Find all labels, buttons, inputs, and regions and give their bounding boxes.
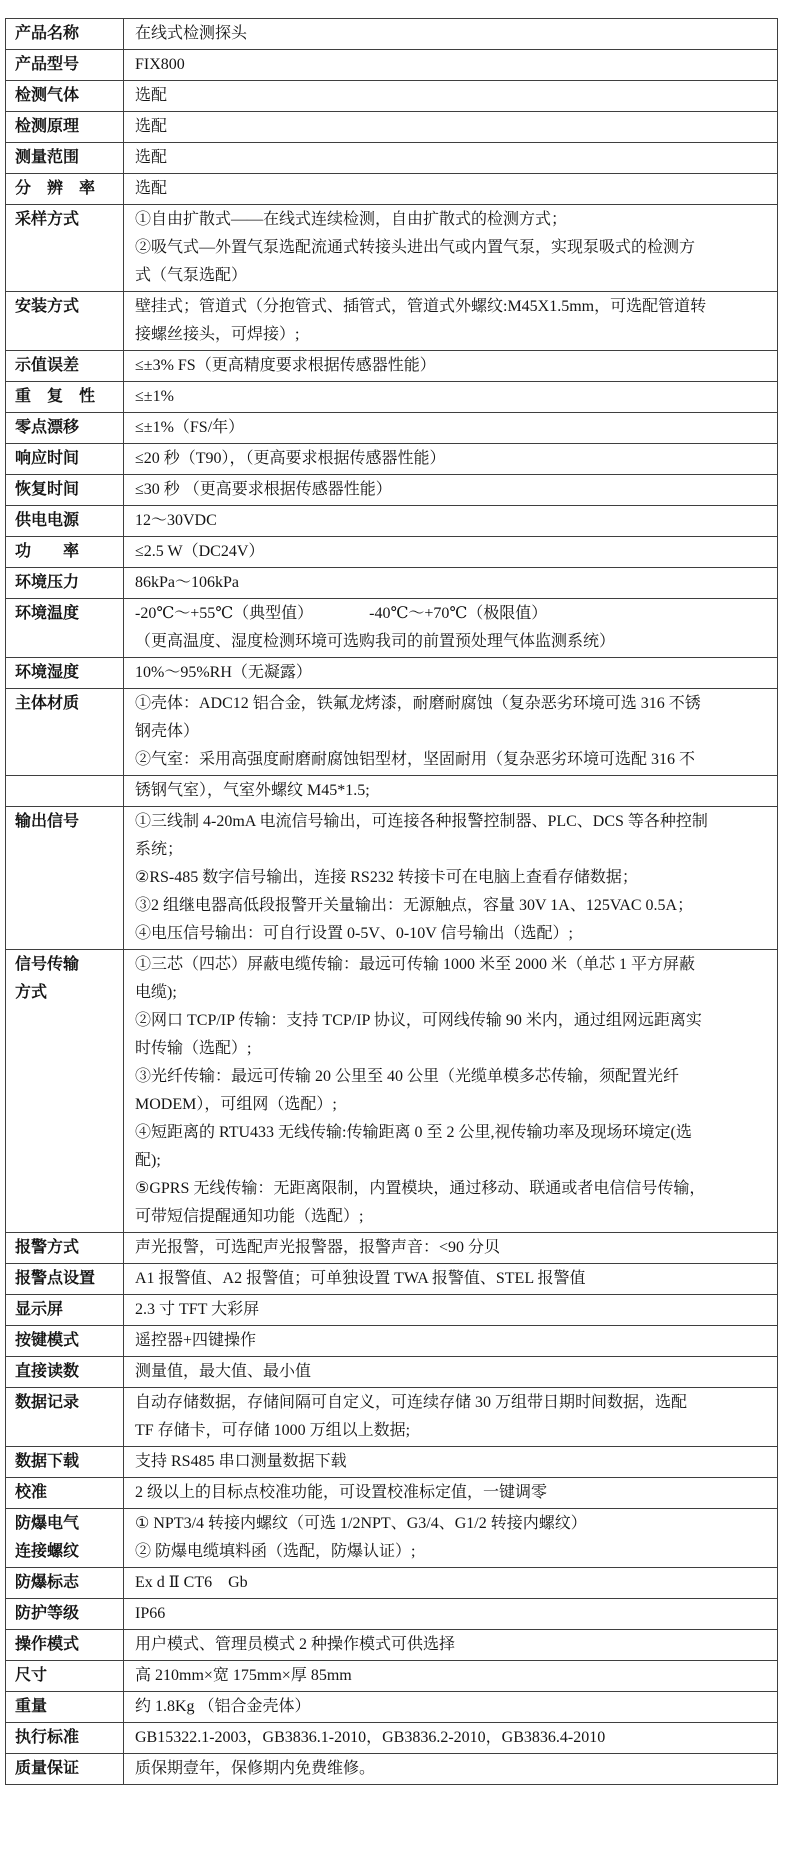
- spec-label-line: 操作模式: [15, 1631, 117, 1659]
- spec-label-line: 功 率: [15, 538, 117, 566]
- spec-label-line: 主体材质: [15, 690, 117, 718]
- spec-value-cell: -20℃～+55℃（典型值） -40℃～+70℃（极限值）（更高温度、湿度检测环…: [124, 599, 778, 658]
- spec-label-line: 恢复时间: [15, 476, 117, 504]
- spec-value-line: 式（气泵选配）: [135, 262, 771, 290]
- spec-label-line: 防爆电气: [15, 1510, 117, 1538]
- spec-value-line: ② 防爆电缆填料函（选配，防爆认证）;: [135, 1538, 771, 1566]
- spec-label-cell: 恢复时间: [6, 475, 124, 506]
- spec-value-line: 选配: [135, 82, 771, 110]
- spec-value-cell: 选配: [124, 143, 778, 174]
- spec-row: 校准2 级以上的目标点校准功能，可设置校准标定值，一键调零: [6, 1478, 778, 1509]
- spec-value-line: FIX800: [135, 51, 771, 79]
- spec-value-line: ②网口 TCP/IP 传输：支持 TCP/IP 协议，可网线传输 90 米内，通…: [135, 1007, 771, 1035]
- spec-value-cell: FIX800: [124, 50, 778, 81]
- spec-value-cell: 2 级以上的目标点校准功能，可设置校准标定值，一键调零: [124, 1478, 778, 1509]
- spec-value-line: 锈钢气室），气室外螺纹 M45*1.5;: [135, 777, 771, 805]
- spec-label-cell: 产品名称: [6, 19, 124, 50]
- spec-value-line: 选配: [135, 113, 771, 141]
- spec-value-line: Ex d Ⅱ CT6 Gb: [135, 1569, 771, 1597]
- spec-value-cell: ①自由扩散式——在线式连续检测，自由扩散式的检测方式；②吸气式—外置气泵选配流通…: [124, 205, 778, 292]
- spec-value-line: ①壳体：ADC12 铝合金，铁氟龙烤漆，耐磨耐腐蚀（复杂恶劣环境可选 316 不…: [135, 690, 771, 718]
- spec-label-line: 方式: [15, 979, 117, 1007]
- spec-value-line: ④短距离的 RTU433 无线传输:传输距离 0 至 2 公里,视传输功率及现场…: [135, 1119, 771, 1147]
- spec-value-line: ③光纤传输：最远可传输 20 公里至 40 公里（光缆单模多芯传输，须配置光纤: [135, 1063, 771, 1091]
- spec-value-cell: ① NPT3/4 转接内螺纹（可选 1/2NPT、G3/4、G1/2 转接内螺纹…: [124, 1509, 778, 1568]
- spec-row: 锈钢气室），气室外螺纹 M45*1.5;: [6, 776, 778, 807]
- spec-label-cell: 安装方式: [6, 292, 124, 351]
- spec-row: 环境压力86kPa～106kPa: [6, 568, 778, 599]
- spec-value-cell: 2.3 寸 TFT 大彩屏: [124, 1295, 778, 1326]
- spec-value-line: 钢壳体）: [135, 718, 771, 746]
- spec-row: 供电电源12～30VDC: [6, 506, 778, 537]
- spec-label-cell: 检测原理: [6, 112, 124, 143]
- spec-label-cell: 供电电源: [6, 506, 124, 537]
- spec-value-line: ≤20 秒（T90），（更高要求根据传感器性能）: [135, 445, 771, 473]
- spec-row: 示值误差≤±3% FS（更高精度要求根据传感器性能）: [6, 351, 778, 382]
- spec-label-cell: 校准: [6, 1478, 124, 1509]
- spec-value-cell: ≤±3% FS（更高精度要求根据传感器性能）: [124, 351, 778, 382]
- spec-label-cell: 信号传输方式: [6, 950, 124, 1233]
- spec-row: 产品型号FIX800: [6, 50, 778, 81]
- spec-value-line: 壁挂式；管道式（分抱管式、插管式，管道式外螺纹:M45X1.5mm，可选配管道转: [135, 293, 771, 321]
- spec-sheet-page: 产品名称在线式检测探头产品型号FIX800检测气体选配检测原理选配测量范围选配分…: [0, 0, 790, 1850]
- spec-row: 响应时间≤20 秒（T90），（更高要求根据传感器性能）: [6, 444, 778, 475]
- spec-value-line: -20℃～+55℃（典型值） -40℃～+70℃（极限值）: [135, 600, 771, 628]
- spec-value-cell: ≤±1%（FS/年）: [124, 413, 778, 444]
- spec-value-cell: 支持 RS485 串口测量数据下载: [124, 1447, 778, 1478]
- spec-value-cell: ①三芯（四芯）屏蔽电缆传输：最远可传输 1000 米至 2000 米（单芯 1 …: [124, 950, 778, 1233]
- spec-value-line: ① NPT3/4 转接内螺纹（可选 1/2NPT、G3/4、G1/2 转接内螺纹…: [135, 1510, 771, 1538]
- spec-label-line: 分 辨 率: [15, 175, 117, 203]
- spec-value-line: 86kPa～106kPa: [135, 569, 771, 597]
- spec-value-line: 系统；: [135, 836, 771, 864]
- spec-row: 零点漂移≤±1%（FS/年）: [6, 413, 778, 444]
- spec-row: 防护等级IP66: [6, 1599, 778, 1630]
- spec-value-line: 选配: [135, 175, 771, 203]
- spec-label-line: 产品型号: [15, 51, 117, 79]
- spec-row: 主体材质①壳体：ADC12 铝合金，铁氟龙烤漆，耐磨耐腐蚀（复杂恶劣环境可选 3…: [6, 689, 778, 776]
- spec-value-line: 测量值，最大值、最小值: [135, 1358, 771, 1386]
- spec-value-line: （更高温度、湿度检测环境可选购我司的前置预处理气体监测系统）: [135, 628, 771, 656]
- spec-value-line: 用户模式、管理员模式 2 种操作模式可供选择: [135, 1631, 771, 1659]
- spec-label-line: 执行标准: [15, 1724, 117, 1752]
- spec-row: 重量约 1.8Kg （铝合金壳体）: [6, 1692, 778, 1723]
- spec-value-cell: 选配: [124, 174, 778, 205]
- spec-value-line: 质保期壹年，保修期内免费维修。: [135, 1755, 771, 1783]
- spec-label-line: 数据记录: [15, 1389, 117, 1417]
- spec-row: 防爆标志Ex d Ⅱ CT6 Gb: [6, 1568, 778, 1599]
- spec-label-line: 零点漂移: [15, 414, 117, 442]
- spec-value-line: 2 级以上的目标点校准功能，可设置校准标定值，一键调零: [135, 1479, 771, 1507]
- spec-row: 按键模式遥控器+四键操作: [6, 1326, 778, 1357]
- spec-value-line: 约 1.8Kg （铝合金壳体）: [135, 1693, 771, 1721]
- spec-value-line: IP66: [135, 1600, 771, 1628]
- spec-label-line: 防护等级: [15, 1600, 117, 1628]
- spec-label-cell: [6, 776, 124, 807]
- spec-label-line: 检测气体: [15, 82, 117, 110]
- spec-label-line: 报警点设置: [15, 1265, 117, 1293]
- spec-label-line: 信号传输: [15, 951, 117, 979]
- spec-label-line: 示值误差: [15, 352, 117, 380]
- spec-row: 环境湿度10%～95%RH（无凝露）: [6, 658, 778, 689]
- spec-label-cell: 分 辨 率: [6, 174, 124, 205]
- spec-label-cell: 响应时间: [6, 444, 124, 475]
- spec-label-line: 安装方式: [15, 293, 117, 321]
- spec-value-line: ⑤GPRS 无线传输：无距离限制，内置模块，通过移动、联通或者电信信号传输，: [135, 1175, 771, 1203]
- spec-row: 测量范围选配: [6, 143, 778, 174]
- spec-row: 直接读数测量值，最大值、最小值: [6, 1357, 778, 1388]
- spec-value-line: ≤2.5 W（DC24V）: [135, 538, 771, 566]
- spec-value-line: 12～30VDC: [135, 507, 771, 535]
- spec-value-cell: ≤2.5 W（DC24V）: [124, 537, 778, 568]
- spec-label-cell: 重 复 性: [6, 382, 124, 413]
- spec-row: 安装方式壁挂式；管道式（分抱管式、插管式，管道式外螺纹:M45X1.5mm，可选…: [6, 292, 778, 351]
- spec-value-cell: 自动存储数据，存储间隔可自定义，可连续存储 30 万组带日期时间数据，选配TF …: [124, 1388, 778, 1447]
- spec-label-line: 防爆标志: [15, 1569, 117, 1597]
- spec-row: 采样方式①自由扩散式——在线式连续检测，自由扩散式的检测方式；②吸气式—外置气泵…: [6, 205, 778, 292]
- spec-label-cell: 零点漂移: [6, 413, 124, 444]
- spec-label-line: 质量保证: [15, 1755, 117, 1783]
- spec-value-line: ≤±3% FS（更高精度要求根据传感器性能）: [135, 352, 771, 380]
- spec-row: 检测气体选配: [6, 81, 778, 112]
- spec-label-cell: 执行标准: [6, 1723, 124, 1754]
- spec-row: 防爆电气连接螺纹① NPT3/4 转接内螺纹（可选 1/2NPT、G3/4、G1…: [6, 1509, 778, 1568]
- spec-label-line: 直接读数: [15, 1358, 117, 1386]
- spec-value-cell: Ex d Ⅱ CT6 Gb: [124, 1568, 778, 1599]
- spec-value-line: ④电压信号输出：可自行设置 0-5V、0-10V 信号输出（选配）;: [135, 920, 771, 948]
- spec-label-line: 环境温度: [15, 600, 117, 628]
- spec-value-line: ②RS-485 数字信号输出，连接 RS232 转接卡可在电脑上查看存储数据；: [135, 864, 771, 892]
- spec-label-cell: 示值误差: [6, 351, 124, 382]
- spec-value-cell: 用户模式、管理员模式 2 种操作模式可供选择: [124, 1630, 778, 1661]
- spec-value-line: ≤±1%: [135, 383, 771, 411]
- spec-row: 执行标准GB15322.1-2003，GB3836.1-2010，GB3836.…: [6, 1723, 778, 1754]
- spec-label-line: 报警方式: [15, 1234, 117, 1262]
- spec-value-line: 电缆);: [135, 979, 771, 1007]
- spec-label-cell: 直接读数: [6, 1357, 124, 1388]
- spec-table: 产品名称在线式检测探头产品型号FIX800检测气体选配检测原理选配测量范围选配分…: [5, 18, 778, 1785]
- spec-row: 报警点设置A1 报警值、A2 报警值；可单独设置 TWA 报警值、STEL 报警…: [6, 1264, 778, 1295]
- spec-row: 产品名称在线式检测探头: [6, 19, 778, 50]
- spec-row: 检测原理选配: [6, 112, 778, 143]
- spec-label-cell: 防爆电气连接螺纹: [6, 1509, 124, 1568]
- spec-value-line: ≤±1%（FS/年）: [135, 414, 771, 442]
- spec-label-cell: 按键模式: [6, 1326, 124, 1357]
- spec-row: 操作模式用户模式、管理员模式 2 种操作模式可供选择: [6, 1630, 778, 1661]
- spec-value-line: ②吸气式—外置气泵选配流通式转接头进出气或内置气泵，实现泵吸式的检测方: [135, 234, 771, 262]
- spec-value-line: 接螺丝接头，可焊接）;: [135, 321, 771, 349]
- spec-value-line: ①三线制 4-20mA 电流信号输出，可连接各种报警控制器、PLC、DCS 等各…: [135, 808, 771, 836]
- spec-value-line: 2.3 寸 TFT 大彩屏: [135, 1296, 771, 1324]
- spec-label-cell: 显示屏: [6, 1295, 124, 1326]
- spec-label-line: 环境湿度: [15, 659, 117, 687]
- spec-label-line: 检测原理: [15, 113, 117, 141]
- spec-value-line: A1 报警值、A2 报警值；可单独设置 TWA 报警值、STEL 报警值: [135, 1265, 771, 1293]
- spec-value-cell: 声光报警，可选配声光报警器，报警声音：<90 分贝: [124, 1233, 778, 1264]
- spec-value-cell: 质保期壹年，保修期内免费维修。: [124, 1754, 778, 1785]
- spec-value-line: 在线式检测探头: [135, 20, 771, 48]
- spec-label-cell: 防爆标志: [6, 1568, 124, 1599]
- spec-label-cell: 重量: [6, 1692, 124, 1723]
- spec-value-line: ①自由扩散式——在线式连续检测，自由扩散式的检测方式；: [135, 206, 771, 234]
- spec-row: 显示屏2.3 寸 TFT 大彩屏: [6, 1295, 778, 1326]
- spec-label-cell: 主体材质: [6, 689, 124, 776]
- spec-label-line: 供电电源: [15, 507, 117, 535]
- spec-label-cell: 数据下载: [6, 1447, 124, 1478]
- spec-label-cell: 测量范围: [6, 143, 124, 174]
- spec-value-line: ≤30 秒 （更高要求根据传感器性能）: [135, 476, 771, 504]
- spec-row: 数据下载支持 RS485 串口测量数据下载: [6, 1447, 778, 1478]
- spec-value-line: TF 存储卡，可存储 1000 万组以上数据;: [135, 1417, 771, 1445]
- spec-value-cell: 锈钢气室），气室外螺纹 M45*1.5;: [124, 776, 778, 807]
- spec-value-line: 配);: [135, 1147, 771, 1175]
- spec-label-cell: 报警方式: [6, 1233, 124, 1264]
- spec-value-cell: 10%～95%RH（无凝露）: [124, 658, 778, 689]
- spec-value-line: 10%～95%RH（无凝露）: [135, 659, 771, 687]
- spec-label-cell: 环境温度: [6, 599, 124, 658]
- spec-value-line: 高 210mm×宽 175mm×厚 85mm: [135, 1662, 771, 1690]
- spec-row: 功 率≤2.5 W（DC24V）: [6, 537, 778, 568]
- spec-value-cell: 约 1.8Kg （铝合金壳体）: [124, 1692, 778, 1723]
- spec-value-cell: 选配: [124, 112, 778, 143]
- spec-value-line: 声光报警，可选配声光报警器，报警声音：<90 分贝: [135, 1234, 771, 1262]
- spec-value-cell: ≤30 秒 （更高要求根据传感器性能）: [124, 475, 778, 506]
- spec-row: 尺寸高 210mm×宽 175mm×厚 85mm: [6, 1661, 778, 1692]
- spec-row: 质量保证质保期壹年，保修期内免费维修。: [6, 1754, 778, 1785]
- spec-label-cell: 检测气体: [6, 81, 124, 112]
- spec-label-line: 数据下载: [15, 1448, 117, 1476]
- spec-table-body: 产品名称在线式检测探头产品型号FIX800检测气体选配检测原理选配测量范围选配分…: [6, 19, 778, 1785]
- spec-value-line: MODEM），可组网（选配）;: [135, 1091, 771, 1119]
- spec-label-cell: 质量保证: [6, 1754, 124, 1785]
- spec-value-cell: 遥控器+四键操作: [124, 1326, 778, 1357]
- spec-value-cell: A1 报警值、A2 报警值；可单独设置 TWA 报警值、STEL 报警值: [124, 1264, 778, 1295]
- spec-label-line: 连接螺纹: [15, 1538, 117, 1566]
- spec-label-cell: 环境湿度: [6, 658, 124, 689]
- spec-value-cell: ≤±1%: [124, 382, 778, 413]
- spec-label-cell: 尺寸: [6, 1661, 124, 1692]
- spec-value-cell: 12～30VDC: [124, 506, 778, 537]
- spec-label-cell: 环境压力: [6, 568, 124, 599]
- spec-value-cell: IP66: [124, 1599, 778, 1630]
- spec-row: 数据记录自动存储数据，存储间隔可自定义，可连续存储 30 万组带日期时间数据，选…: [6, 1388, 778, 1447]
- spec-label-cell: 数据记录: [6, 1388, 124, 1447]
- spec-row: 重 复 性≤±1%: [6, 382, 778, 413]
- spec-value-line: ②气室：采用高强度耐磨耐腐蚀铝型材，坚固耐用（复杂恶劣环境可选配 316 不: [135, 746, 771, 774]
- spec-label-line: 产品名称: [15, 20, 117, 48]
- spec-value-cell: ①壳体：ADC12 铝合金，铁氟龙烤漆，耐磨耐腐蚀（复杂恶劣环境可选 316 不…: [124, 689, 778, 776]
- spec-value-cell: ≤20 秒（T90），（更高要求根据传感器性能）: [124, 444, 778, 475]
- spec-value-cell: 测量值，最大值、最小值: [124, 1357, 778, 1388]
- spec-label-line: 尺寸: [15, 1662, 117, 1690]
- spec-value-line: ①三芯（四芯）屏蔽电缆传输：最远可传输 1000 米至 2000 米（单芯 1 …: [135, 951, 771, 979]
- spec-value-line: 时传输（选配）;: [135, 1035, 771, 1063]
- spec-value-line: 遥控器+四键操作: [135, 1327, 771, 1355]
- spec-label-cell: 采样方式: [6, 205, 124, 292]
- spec-label-line: 重量: [15, 1693, 117, 1721]
- spec-value-line: ③2 组继电器高低段报警开关量输出：无源触点，容量 30V 1A、125VAC …: [135, 892, 771, 920]
- spec-label-cell: 输出信号: [6, 807, 124, 950]
- spec-row: 输出信号①三线制 4-20mA 电流信号输出，可连接各种报警控制器、PLC、DC…: [6, 807, 778, 950]
- spec-label-cell: 功 率: [6, 537, 124, 568]
- spec-label-line: 显示屏: [15, 1296, 117, 1324]
- spec-label-line: 采样方式: [15, 206, 117, 234]
- spec-label-cell: 防护等级: [6, 1599, 124, 1630]
- spec-value-line: 支持 RS485 串口测量数据下载: [135, 1448, 771, 1476]
- spec-label-line: 测量范围: [15, 144, 117, 172]
- spec-label-line: 重 复 性: [15, 383, 117, 411]
- spec-label-line: 环境压力: [15, 569, 117, 597]
- spec-value-cell: 壁挂式；管道式（分抱管式、插管式，管道式外螺纹:M45X1.5mm，可选配管道转…: [124, 292, 778, 351]
- spec-row: 报警方式声光报警，可选配声光报警器，报警声音：<90 分贝: [6, 1233, 778, 1264]
- spec-value-line: 自动存储数据，存储间隔可自定义，可连续存储 30 万组带日期时间数据，选配: [135, 1389, 771, 1417]
- spec-row: 环境温度-20℃～+55℃（典型值） -40℃～+70℃（极限值）（更高温度、湿…: [6, 599, 778, 658]
- spec-value-cell: GB15322.1-2003，GB3836.1-2010，GB3836.2-20…: [124, 1723, 778, 1754]
- spec-label-line: 校准: [15, 1479, 117, 1507]
- spec-value-cell: 选配: [124, 81, 778, 112]
- spec-label-cell: 操作模式: [6, 1630, 124, 1661]
- spec-row: 分 辨 率选配: [6, 174, 778, 205]
- spec-value-line: GB15322.1-2003，GB3836.1-2010，GB3836.2-20…: [135, 1724, 771, 1752]
- spec-row: 信号传输方式①三芯（四芯）屏蔽电缆传输：最远可传输 1000 米至 2000 米…: [6, 950, 778, 1233]
- spec-value-cell: 在线式检测探头: [124, 19, 778, 50]
- spec-label-cell: 报警点设置: [6, 1264, 124, 1295]
- spec-label-cell: 产品型号: [6, 50, 124, 81]
- spec-value-cell: 高 210mm×宽 175mm×厚 85mm: [124, 1661, 778, 1692]
- spec-label-line: 按键模式: [15, 1327, 117, 1355]
- spec-label-line: 输出信号: [15, 808, 117, 836]
- spec-value-cell: 86kPa～106kPa: [124, 568, 778, 599]
- spec-value-line: 选配: [135, 144, 771, 172]
- spec-value-line: 可带短信提醒通知功能（选配）;: [135, 1203, 771, 1231]
- spec-label-line: 响应时间: [15, 445, 117, 473]
- spec-row: 恢复时间≤30 秒 （更高要求根据传感器性能）: [6, 475, 778, 506]
- spec-value-cell: ①三线制 4-20mA 电流信号输出，可连接各种报警控制器、PLC、DCS 等各…: [124, 807, 778, 950]
